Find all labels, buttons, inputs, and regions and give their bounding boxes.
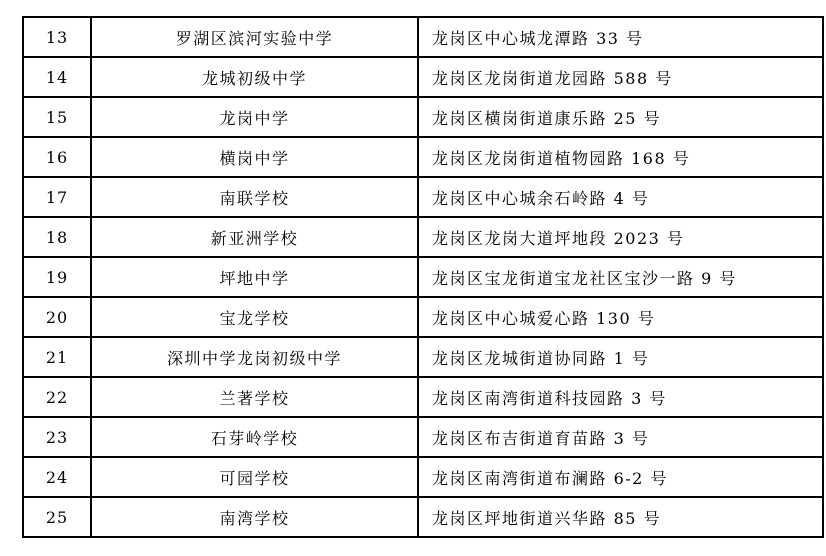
school-name-cell: 南湾学校	[91, 497, 418, 537]
school-name-cell: 宝龙学校	[91, 297, 418, 337]
school-name-cell: 罗湖区滨河实验中学	[91, 17, 418, 57]
table-row: 25南湾学校龙岗区坪地街道兴华路 85 号	[23, 497, 823, 537]
school-name-cell: 南联学校	[91, 177, 418, 217]
school-name-cell: 横岗中学	[91, 137, 418, 177]
table-row: 18新亚洲学校龙岗区龙岗大道坪地段 2023 号	[23, 217, 823, 257]
address-cell: 龙岗区南湾街道科技园路 3 号	[418, 377, 823, 417]
table-row: 17南联学校龙岗区中心城余石岭路 4 号	[23, 177, 823, 217]
row-number-cell: 14	[23, 57, 91, 97]
address-cell: 龙岗区布吉街道育苗路 3 号	[418, 417, 823, 457]
school-list-table: 13罗湖区滨河实验中学龙岗区中心城龙潭路 33 号14龙城初级中学龙岗区龙岗街道…	[22, 16, 824, 538]
table-row: 21深圳中学龙岗初级中学龙岗区龙城街道协同路 1 号	[23, 337, 823, 377]
table-row: 20宝龙学校龙岗区中心城爱心路 130 号	[23, 297, 823, 337]
row-number-cell: 20	[23, 297, 91, 337]
school-name-cell: 龙城初级中学	[91, 57, 418, 97]
table-row: 14龙城初级中学龙岗区龙岗街道龙园路 588 号	[23, 57, 823, 97]
row-number-cell: 17	[23, 177, 91, 217]
school-name-cell: 可园学校	[91, 457, 418, 497]
row-number-cell: 15	[23, 97, 91, 137]
row-number-cell: 13	[23, 17, 91, 57]
address-cell: 龙岗区龙岗大道坪地段 2023 号	[418, 217, 823, 257]
row-number-cell: 22	[23, 377, 91, 417]
address-cell: 龙岗区坪地街道兴华路 85 号	[418, 497, 823, 537]
school-table-body: 13罗湖区滨河实验中学龙岗区中心城龙潭路 33 号14龙城初级中学龙岗区龙岗街道…	[23, 17, 823, 537]
table-row: 22兰著学校龙岗区南湾街道科技园路 3 号	[23, 377, 823, 417]
table-row: 13罗湖区滨河实验中学龙岗区中心城龙潭路 33 号	[23, 17, 823, 57]
school-name-cell: 深圳中学龙岗初级中学	[91, 337, 418, 377]
address-cell: 龙岗区龙城街道协同路 1 号	[418, 337, 823, 377]
row-number-cell: 19	[23, 257, 91, 297]
table-row: 15龙岗中学龙岗区横岗街道康乐路 25 号	[23, 97, 823, 137]
school-name-cell: 坪地中学	[91, 257, 418, 297]
address-cell: 龙岗区中心城爱心路 130 号	[418, 297, 823, 337]
row-number-cell: 21	[23, 337, 91, 377]
address-cell: 龙岗区宝龙街道宝龙社区宝沙一路 9 号	[418, 257, 823, 297]
row-number-cell: 24	[23, 457, 91, 497]
address-cell: 龙岗区横岗街道康乐路 25 号	[418, 97, 823, 137]
school-name-cell: 兰著学校	[91, 377, 418, 417]
row-number-cell: 16	[23, 137, 91, 177]
address-cell: 龙岗区南湾街道布澜路 6-2 号	[418, 457, 823, 497]
address-cell: 龙岗区中心城龙潭路 33 号	[418, 17, 823, 57]
school-name-cell: 石芽岭学校	[91, 417, 418, 457]
table-row: 16横岗中学龙岗区龙岗街道植物园路 168 号	[23, 137, 823, 177]
table-row: 23石芽岭学校龙岗区布吉街道育苗路 3 号	[23, 417, 823, 457]
row-number-cell: 23	[23, 417, 91, 457]
table-row: 24可园学校龙岗区南湾街道布澜路 6-2 号	[23, 457, 823, 497]
school-name-cell: 新亚洲学校	[91, 217, 418, 257]
row-number-cell: 18	[23, 217, 91, 257]
address-cell: 龙岗区中心城余石岭路 4 号	[418, 177, 823, 217]
table-row: 19坪地中学龙岗区宝龙街道宝龙社区宝沙一路 9 号	[23, 257, 823, 297]
address-cell: 龙岗区龙岗街道植物园路 168 号	[418, 137, 823, 177]
school-name-cell: 龙岗中学	[91, 97, 418, 137]
row-number-cell: 25	[23, 497, 91, 537]
address-cell: 龙岗区龙岗街道龙园路 588 号	[418, 57, 823, 97]
